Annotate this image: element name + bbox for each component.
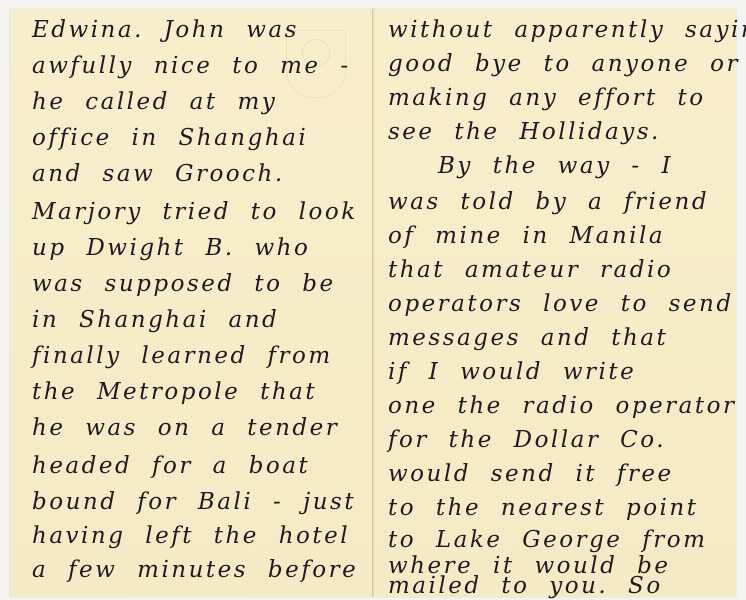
handwritten-line: for the Dollar Co.: [388, 426, 666, 454]
handwritten-line: up Dwight B. who: [32, 234, 310, 262]
handwritten-line: and saw Grooch.: [32, 160, 285, 188]
handwritten-line: Marjory tried to look: [32, 198, 358, 226]
handwritten-line: operators love to send: [388, 290, 734, 318]
handwritten-line: without apparently saying: [388, 16, 746, 44]
handwritten-line: headed for a boat: [32, 452, 310, 480]
handwritten-line: in Shanghai and: [32, 306, 279, 334]
handwritten-line: messages and that: [388, 324, 668, 352]
left-page: Edwina. John was awfully nice to me - he…: [32, 12, 372, 592]
handwritten-line: finally learned from: [32, 342, 333, 370]
handwritten-line: was supposed to be: [32, 270, 336, 298]
handwritten-line: that amateur radio: [388, 256, 673, 284]
handwritten-line: mailed to you. So: [388, 572, 663, 600]
right-page: without apparently saying good bye to an…: [388, 12, 733, 592]
handwritten-line: would send it free: [388, 460, 674, 488]
handwritten-line: if I would write: [388, 358, 636, 386]
center-fold: [372, 9, 374, 597]
handwritten-line: he called at my: [32, 88, 277, 116]
handwritten-line: a few minutes before: [32, 556, 358, 584]
handwritten-line: awfully nice to me -: [32, 52, 351, 80]
handwritten-line: he was on a tender: [32, 414, 339, 442]
handwritten-line: was told by a friend: [388, 188, 709, 216]
scanned-letter: Edwina. John was awfully nice to me - he…: [0, 0, 746, 600]
handwritten-line: making any effort to: [388, 84, 706, 112]
handwritten-line: of mine in Manila: [388, 222, 665, 250]
handwritten-line: one the radio operator: [388, 392, 736, 420]
handwritten-line: bound for Bali - just: [32, 488, 356, 516]
handwritten-line: good bye to anyone or: [388, 50, 740, 78]
handwritten-line: Edwina. John was: [32, 16, 299, 44]
handwritten-line: see the Hollidays.: [388, 118, 661, 146]
handwritten-line: having left the hotel: [32, 522, 350, 550]
handwritten-line: the Metropole that: [32, 378, 317, 406]
handwritten-line: to the nearest point: [388, 494, 698, 522]
handwritten-line: to Lake George from: [388, 526, 707, 554]
handwritten-line: office in Shanghai: [32, 124, 308, 152]
handwritten-line: By the way - I: [438, 152, 673, 180]
